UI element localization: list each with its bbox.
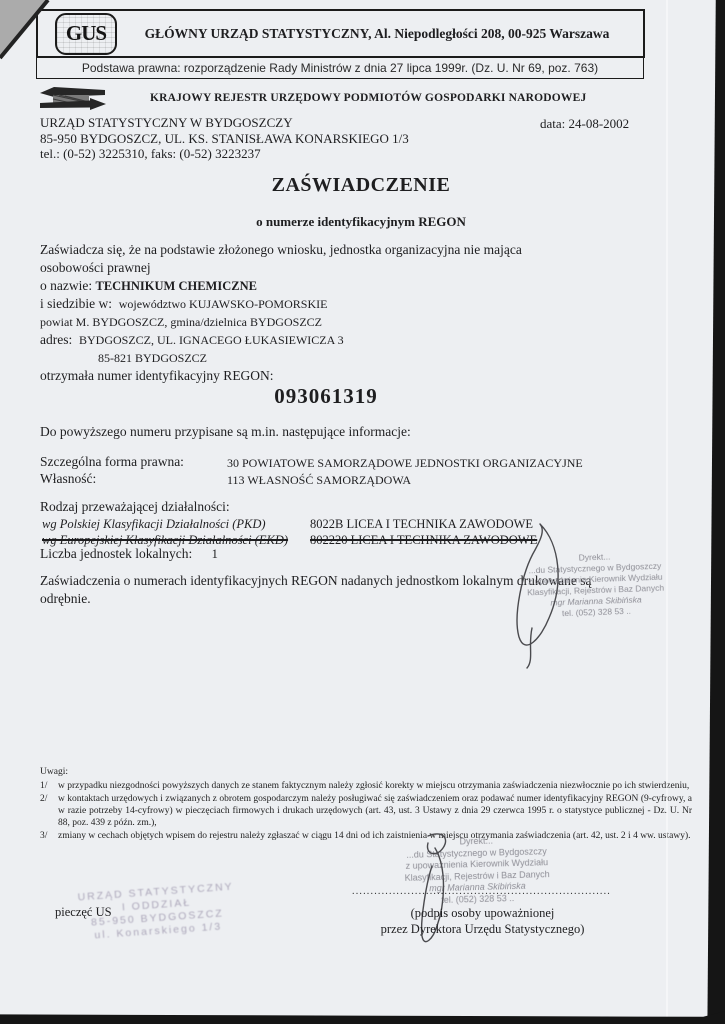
legal-form-row: Szczególna forma prawna: 30 POWIATOWE SA… [40, 454, 700, 471]
local-units-value: 1 [212, 547, 218, 561]
ownership-value: 113 WŁASNOŚĆ SAMORZĄDOWA [227, 471, 411, 488]
local-units-label: Liczba jednostek lokalnych: [40, 546, 192, 561]
office-address: 85-950 BYDGOSZCZ, UL. KS. STANISŁAWA KON… [40, 131, 510, 147]
document-subtitle: o numerze identyfikacyjnym REGON [36, 214, 686, 230]
legal-basis-text: Podstawa prawna: rozporządzenie Rady Min… [82, 61, 598, 75]
notes-block: Uwagi: 1/ w przypadku niezgodności powyż… [40, 766, 692, 843]
header-office-line: GŁÓWNY URZĄD STATYSTYCZNY, Al. Niepodleg… [117, 26, 643, 42]
ekd-value: 802220 LICEA I TECHNIKA ZAWODOWE [310, 533, 537, 548]
seat-value: województwo KUJAWSKO-POMORSKIE [119, 297, 328, 311]
pkd-row: wg Polskiej Klasyfikacji Działalności (P… [42, 517, 702, 532]
scanned-certificate-page: GUS GŁÓWNY URZĄD STATYSTYCZNY, Al. Niepo… [0, 0, 725, 1024]
header-box: GUS GŁÓWNY URZĄD STATYSTYCZNY, Al. Niepo… [36, 9, 645, 58]
address-value: BYDGOSZCZ, UL. IGNACEGO ŁUKASIEWICZA 3 [79, 333, 344, 347]
scan-streak [666, 0, 668, 1024]
note-3-number: 3/ [40, 830, 58, 842]
address-line-2: 85-821 BYDGOSZCZ [40, 349, 685, 367]
note-item-1: 1/ w przypadku niezgodności powyższych d… [40, 780, 692, 792]
note-item-2: 2/ w kontaktach urzędowych i związanych … [40, 793, 692, 829]
document-title: ZAŚWIADCZENIE [36, 174, 686, 197]
local-units-row: Liczba jednostek lokalnych: 1 [40, 546, 218, 562]
intro-line-1: Zaświadcza się, że na podstawie złożoneg… [40, 241, 685, 259]
note-2-number: 2/ [40, 793, 58, 829]
seal-label: pieczęć US [55, 905, 112, 920]
ownership-label: Własność: [40, 471, 227, 488]
date-label: data: [540, 116, 565, 131]
scan-corner-fold [0, 0, 70, 70]
seat-line: i siedzibie w: województwo KUJAWSKO-POMO… [40, 295, 685, 313]
scan-edge-right [703, 0, 725, 1024]
office-name: URZĄD STATYSTYCZNY W BYDGOSZCZY [40, 115, 510, 131]
ownership-row: Własność: 113 WŁASNOŚĆ SAMORZĄDOWA [40, 471, 700, 488]
register-row: KRAJOWY REJESTR URZĘDOWY PODMIOTÓW GOSPO… [38, 84, 645, 112]
legal-form-value: 30 POWIATOWE SAMORZĄDOWE JEDNOSTKI ORGAN… [227, 454, 583, 471]
notes-heading: Uwagi: [40, 766, 692, 778]
gus-logo-text: GUS [66, 21, 106, 46]
entity-name: TECHNIKUM CHEMICZNE [95, 279, 256, 293]
pkd-value: 8022B LICEA I TECHNIKA ZAWODOWE [310, 517, 533, 532]
received-line: otrzymała numer identyfikacyjny REGON: [40, 367, 685, 385]
legal-form-label: Szczególna forma prawna: [40, 454, 227, 471]
entity-name-line: o nazwie: TECHNIKUM CHEMICZNE [40, 277, 685, 295]
issuing-office-block: URZĄD STATYSTYCZNY W BYDGOSZCZY 85-950 B… [40, 115, 510, 162]
regon-pencil-icon [38, 84, 108, 112]
pkd-label: wg Polskiej Klasyfikacji Działalności (P… [42, 517, 310, 532]
legal-basis-box: Podstawa prawna: rozporządzenie Rady Min… [36, 57, 644, 79]
signature-caption: (podpis osoby upoważnionej przez Dyrekto… [340, 905, 625, 937]
address-line: adres: BYDGOSZCZ, UL. IGNACEGO ŁUKASIEWI… [40, 331, 685, 349]
signature-caption-line-1: (podpis osoby upoważnionej [340, 905, 625, 921]
address-label: adres: [40, 332, 72, 347]
regon-number: 093061319 [36, 384, 616, 409]
activity-heading: Rodzaj przeważającej działalności: [40, 499, 230, 515]
date-block: data: 24-08-2002 [540, 116, 629, 132]
note-2-text: w kontaktach urzędowych i związanych z o… [58, 793, 692, 829]
scan-edge-bottom [0, 1008, 725, 1024]
seat-label: i siedzibie w: [40, 296, 112, 311]
powiat-line: powiat M. BYDGOSZCZ, gmina/dzielnica BYD… [40, 313, 685, 331]
director-stamp-1: Dyrekt... ...du Statystycznego w Bydgosz… [477, 548, 714, 622]
date-value: 24-08-2002 [569, 116, 630, 131]
signature-caption-line-2: przez Dyrektora Urzędu Statystycznego) [340, 921, 625, 937]
assigned-line: Do powyższego numeru przypisane są m.in.… [40, 424, 685, 440]
note-1-text: w przypadku niezgodności powyższych dany… [58, 780, 692, 792]
note-1-number: 1/ [40, 780, 58, 792]
signature-dotted-line: ........................................… [352, 886, 614, 897]
intro-line-2: osobowości prawnej [40, 259, 685, 277]
office-phone: tel.: (0-52) 3225310, faks: (0-52) 32232… [40, 146, 510, 162]
name-label: o nazwie: [40, 278, 92, 293]
register-title: KRAJOWY REJESTR URZĘDOWY PODMIOTÓW GOSPO… [150, 92, 586, 104]
intro-paragraph: Zaświadcza się, że na podstawie złożoneg… [40, 241, 685, 385]
